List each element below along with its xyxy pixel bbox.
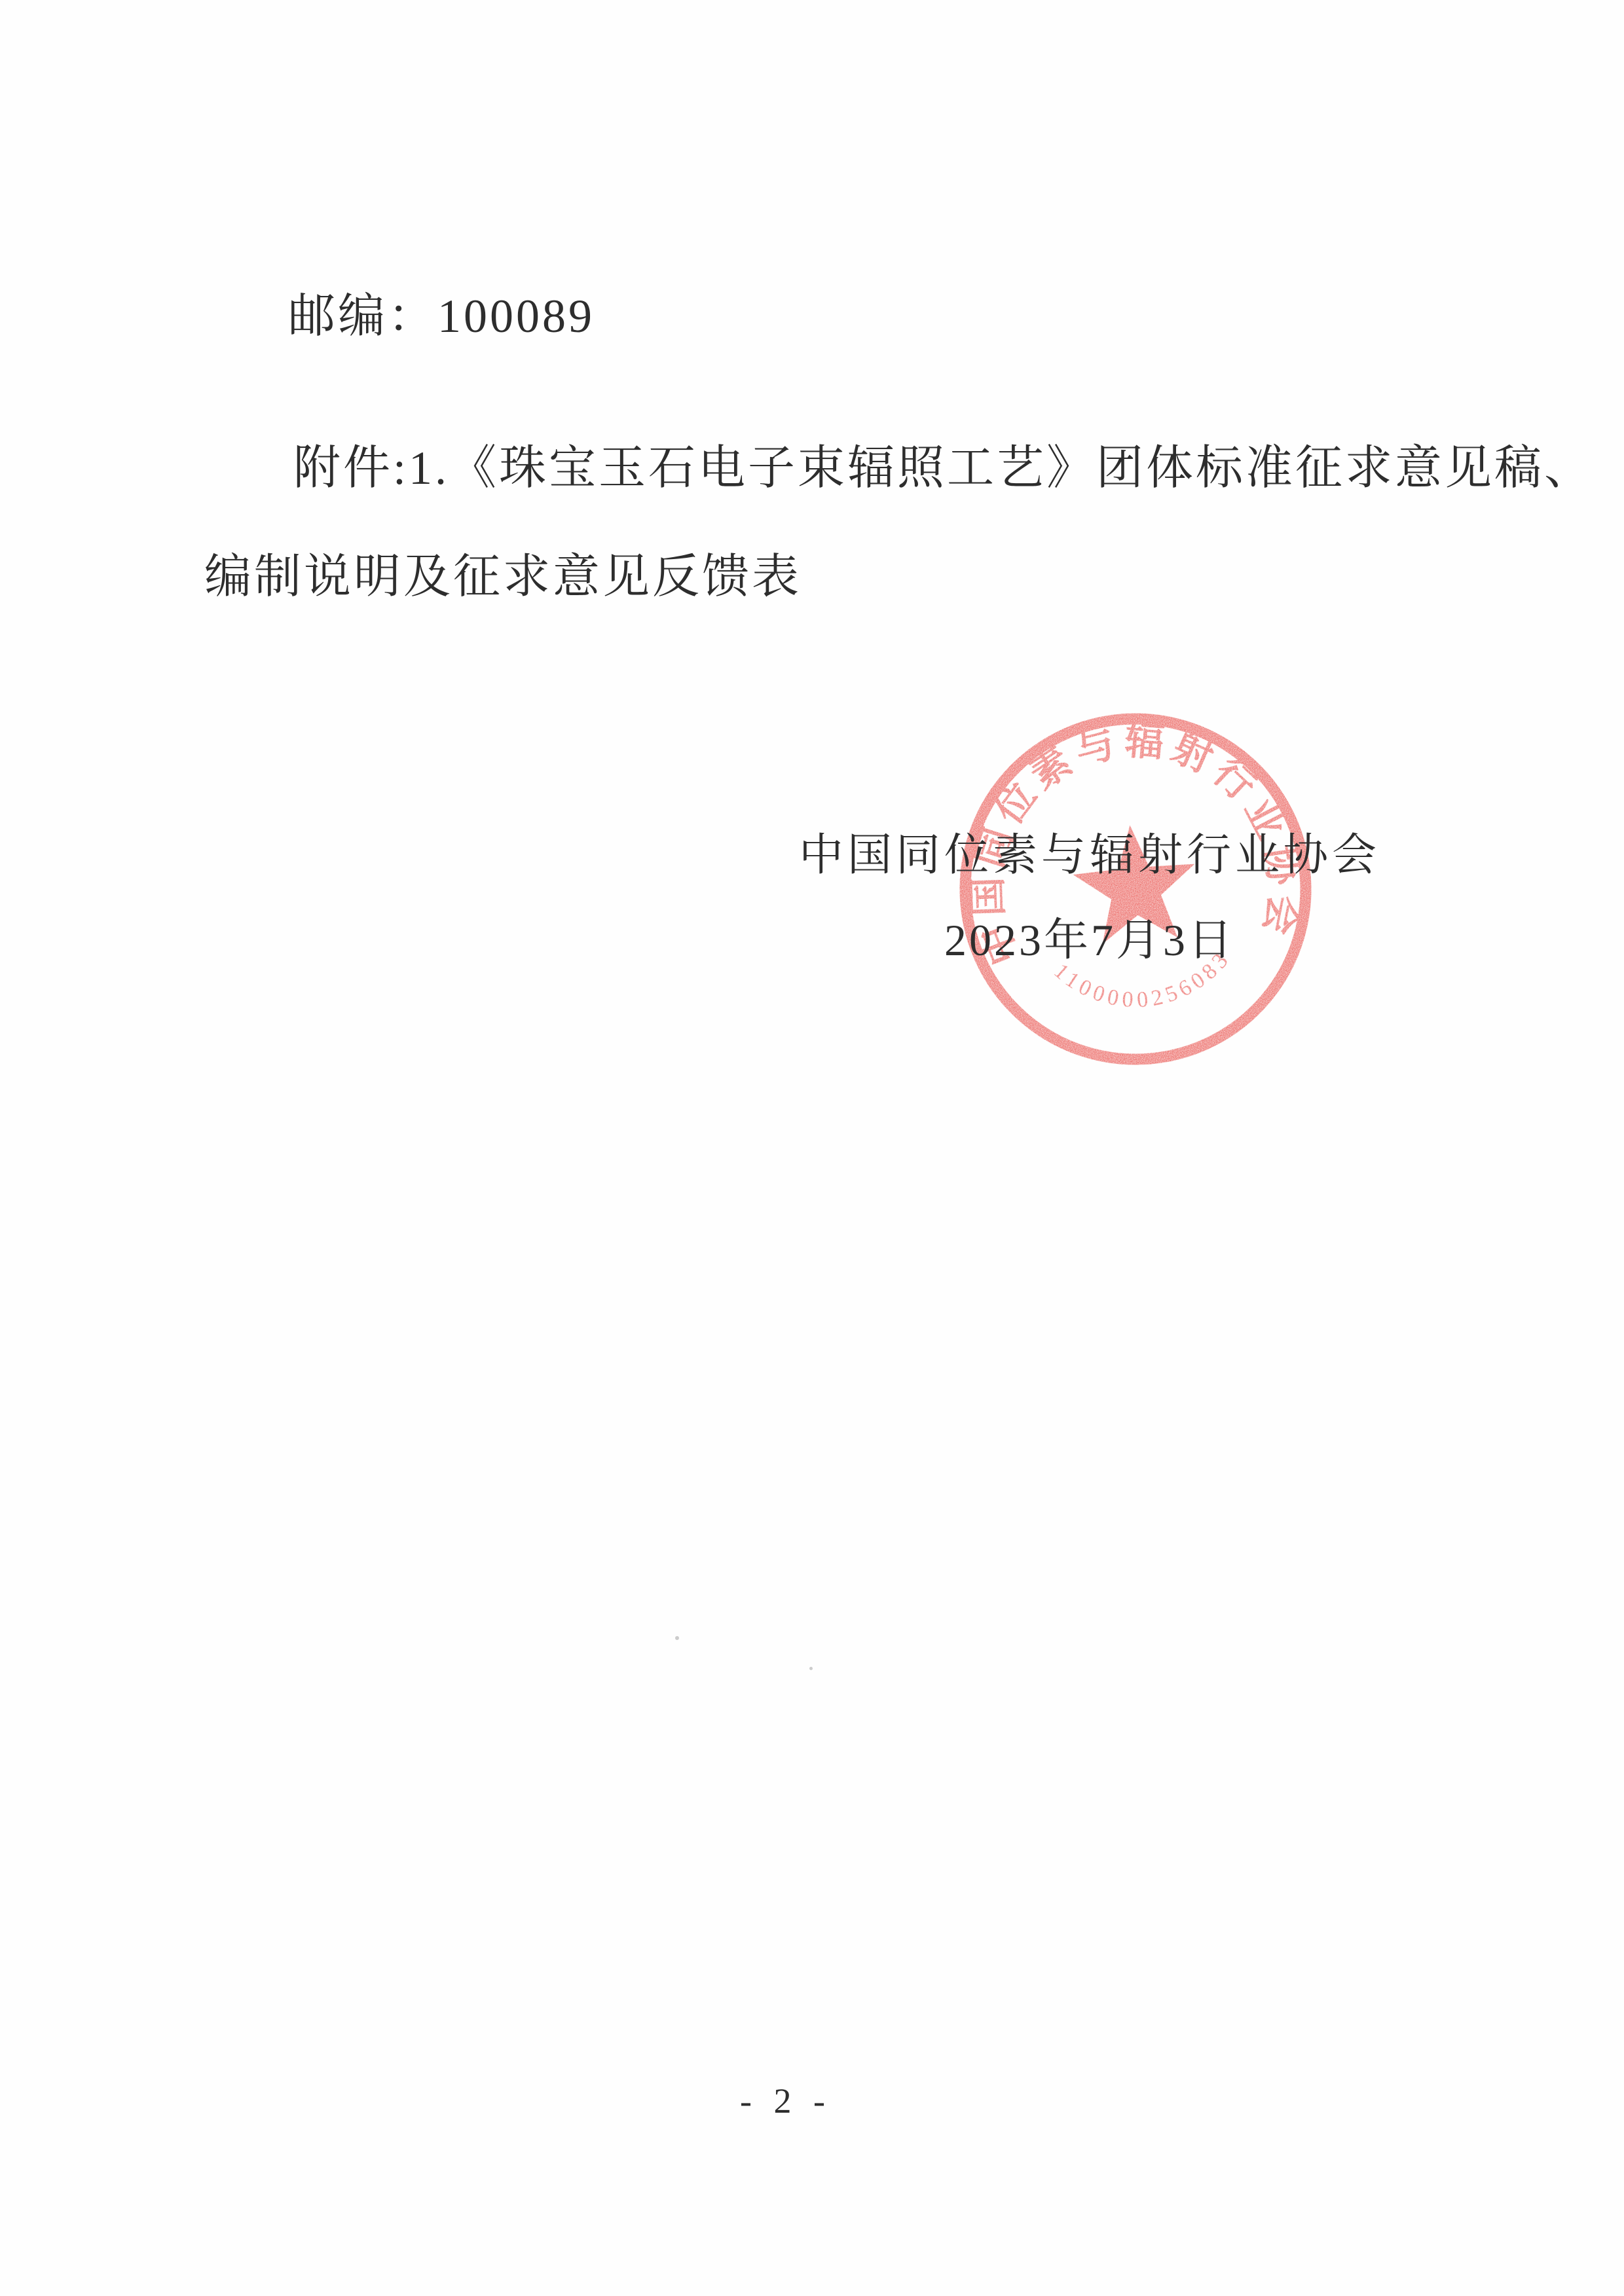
official-seal-stamp: 中国同位素与辐射行业协会 1100000256083 bbox=[940, 693, 1331, 1085]
attachment-line-1: 附件:1.《珠宝玉石电子束辐照工艺》团体标准征求意见稿、 bbox=[293, 440, 1594, 496]
page-number: - 2 - bbox=[740, 2081, 832, 2121]
attachment-line-2: 编制说明及征求意见反馈表 bbox=[204, 549, 802, 605]
scan-speck bbox=[675, 1636, 679, 1640]
signature-date: 2023年7月3日 bbox=[944, 905, 1235, 968]
document-page: 邮编：100089 附件:1.《珠宝玉石电子束辐照工艺》团体标准征求意见稿、 编… bbox=[0, 0, 1624, 2296]
scan-speck bbox=[809, 1667, 813, 1670]
postal-code-line: 邮编：100089 bbox=[288, 288, 595, 344]
signature-organization: 中国同位素与辐射行业协会 bbox=[799, 820, 1380, 883]
